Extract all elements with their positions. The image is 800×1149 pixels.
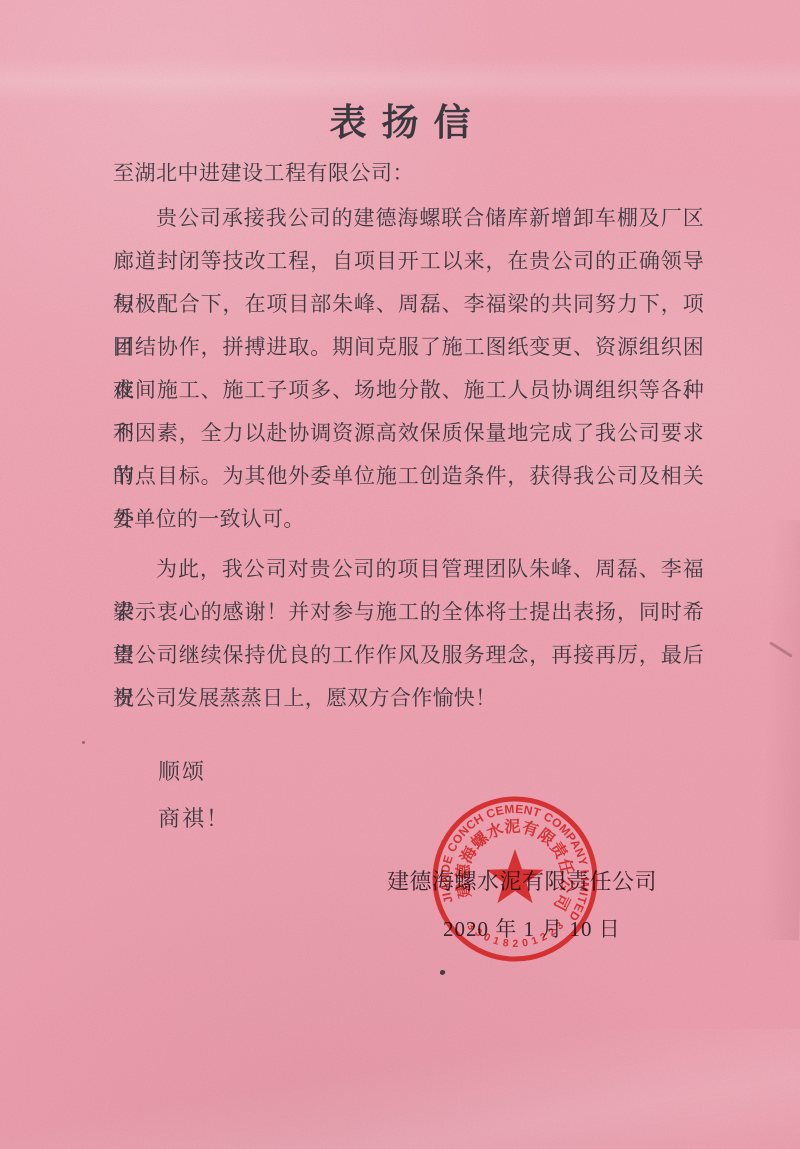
salutation-line: 至湖北中进建设工程有限公司： (113, 157, 414, 187)
page-title: 表扬信 (0, 92, 800, 146)
paragraph-line: 利因素，全力以赴协调资源高效保质保量地完成了我公司要求的 (113, 412, 704, 455)
paragraph-line: 表示衷心的感谢！并对参与施工的全体将士提出表扬，同时希望 (113, 591, 704, 634)
paper-crease (0, 1029, 800, 1149)
ink-speck (82, 741, 85, 744)
paragraph-line: 夜间施工、施工子项多、场地分散、施工人员协调组织等各种不 (113, 369, 704, 412)
letter-page: 表扬信 至湖北中进建设工程有限公司： 贵公司承接我公司的建德海螺联合储库新增卸车… (0, 0, 800, 1149)
signature-company-name: 建德海螺水泥有限责任公司 (387, 865, 657, 896)
signature-date: 2020 年 1 月 10 日 (443, 913, 621, 943)
paragraph-line: 节点目标。为其他外委单位施工创造条件，获得我公司及相关外 (113, 455, 704, 498)
paragraph-2: 为此，我公司对贵公司的项目管理团队朱峰、周磊、李福梁 表示衷心的感谢！并对参与施… (113, 548, 704, 720)
paragraph-line: 廊道封闭等技改工程，自项目开工以来，在贵公司的正确领导与 (113, 240, 704, 283)
closing-shunsong: 顺颂 (158, 755, 206, 786)
paragraph-line: 为此，我公司对贵公司的项目管理团队朱峰、周磊、李福梁 (113, 548, 704, 591)
paragraph-line: 贵公司继续保持优良的工作作风及服务理念，再接再厉，最后祝 (113, 634, 704, 677)
paragraph-1: 贵公司承接我公司的建德海螺联合储库新增卸车棚及厂区 廊道封闭等技改工程，自项目开… (113, 197, 704, 541)
paragraph-line: 委单位的一致认可。 (113, 498, 704, 541)
closing-shangqi: 商祺！ (158, 802, 230, 833)
paragraph-line: 贵公司发展蒸蒸日上，愿双方合作愉快！ (113, 677, 704, 720)
paper-crease (759, 519, 800, 940)
paragraph-line: 团结协作，拼搏进取。期间克服了施工图纸变更、资源组织困难、 (113, 326, 704, 369)
paragraph-line: 贵公司承接我公司的建德海螺联合储库新增卸车棚及厂区 (113, 197, 704, 240)
paragraph-line: 积极配合下，在项目部朱峰、周磊、李福梁的共同努力下，项目 (113, 283, 704, 326)
